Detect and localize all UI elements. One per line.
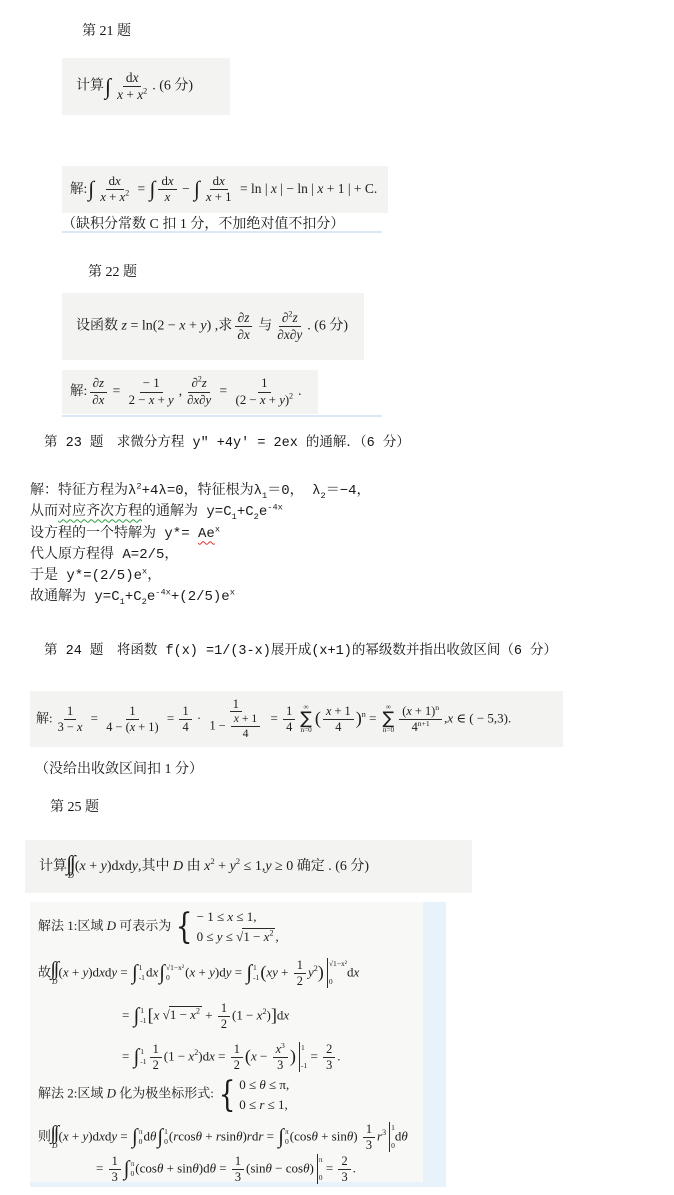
q25-solution-line: = 13∫π0(cosθ + sinθ)dθ = 13(sinθ − cosθ)… [96, 1148, 356, 1190]
q25-solution-line: = ∫1-1[x √1 − x2 + 12(1 − x2)]dx [122, 995, 289, 1037]
q25-heading: 第 25 题 [50, 796, 99, 816]
q23-heading: 第 23 题 求微分方程 y″ +4y′ = 2ex 的通解．（6 分） [44, 430, 410, 451]
q23-solution-line: 于是 y*=(2/5)ex， [30, 566, 161, 587]
divider-line [62, 415, 382, 417]
q25-solution-line: = ∫1-112(1 − x2)dx = 12(x − x33)1-1 = 23… [122, 1036, 340, 1078]
q25-solution-line: 解法 2:区域 D 化为极坐标形式:{0 ≤ θ ≤ π,0 ≤ r ≤ 1, [38, 1074, 289, 1116]
q21-solution-image: 解:∫dxx + x2 = ∫dxx − ∫dxx + 1 = ln | x |… [62, 166, 388, 213]
q21-solution-formula: 解:∫dxx + x2 = ∫dxx − ∫dxx + 1 = ln | x |… [70, 174, 377, 206]
q25-solution-line: 故∫∫D(x + y)dxdy = ∫1-1dx∫√1−x²0(x + y)dy… [38, 952, 359, 994]
q25-statement-formula: 计算∫∫D(x + y)dxdy,其中 D 由 x2 + y2 ≤ 1,y ≥ … [39, 853, 369, 880]
q22-solution-image: 解:∂z∂x = − 12 − x + y,∂2z∂x∂y = 1(2 − x … [62, 370, 318, 414]
q25-problem-image: 计算∫∫D(x + y)dxdy,其中 D 由 x2 + y2 ≤ 1,y ≥ … [25, 840, 472, 893]
q21-problem-image: 计算∫dxx + x2. (6 分) [62, 58, 230, 115]
q23-solution-line: 代人原方程得 A=2/5， [30, 545, 178, 566]
divider-line [62, 231, 382, 233]
q23-solution-line: 解：特征方程为λ2+4λ=0，特征根为λ1＝0， λ2＝−4， [30, 481, 371, 502]
q24-heading: 第 24 题 将函数 f(x) =1/(3-x)展开成(x+1)的幂级数并指出收… [44, 638, 557, 659]
q22-heading: 第 22 题 [88, 261, 137, 281]
q25-solution-image: 解法 1:区域 D 可表示为{− 1 ≤ x ≤ 1,0 ≤ y ≤ √1 − … [30, 902, 446, 1187]
q23-solution-line: 故通解为 y=C1+C2e-4x+(2/5)ex [30, 587, 235, 608]
q21-statement-formula: 计算∫dxx + x2. (6 分) [76, 70, 193, 103]
q24-solution-image: 解:13 − x = 14 − (x + 1) = 14 · 11 − x + … [30, 691, 563, 747]
q25-solution-line: 解法 1:区域 D 可表示为{− 1 ≤ x ≤ 1,0 ≤ y ≤ √1 − … [38, 906, 279, 948]
q21-grading-note: （缺积分常数 C 扣 1 分，不加绝对值不扣分） [62, 213, 344, 233]
q23-solution-line: 从而对应齐次方程的通解为 y=C1+C2e-4x [30, 502, 283, 523]
q21-heading: 第 21 题 [82, 20, 131, 40]
q24-grading-note: （没给出收敛区间扣 1 分） [35, 758, 203, 778]
q23-solution-line: 设方程的一个特解为 y*= Aex [30, 524, 220, 545]
document-page: 第 21 题 计算∫dxx + x2. (6 分) 解:∫dxx + x2 = … [0, 0, 674, 1195]
q22-solution-formula: 解:∂z∂x = − 12 − x + y,∂2z∂x∂y = 1(2 − x … [70, 376, 302, 408]
q24-solution-formula: 解:13 − x = 14 − (x + 1) = 14 · 11 − x + … [36, 697, 511, 742]
q22-problem-image: 设函数 z = ln(2 − x + y) ,求∂z∂x 与∂2z∂x∂y. (… [62, 293, 364, 360]
q22-statement-formula: 设函数 z = ln(2 − x + y) ,求∂z∂x 与∂2z∂x∂y. (… [76, 310, 348, 343]
